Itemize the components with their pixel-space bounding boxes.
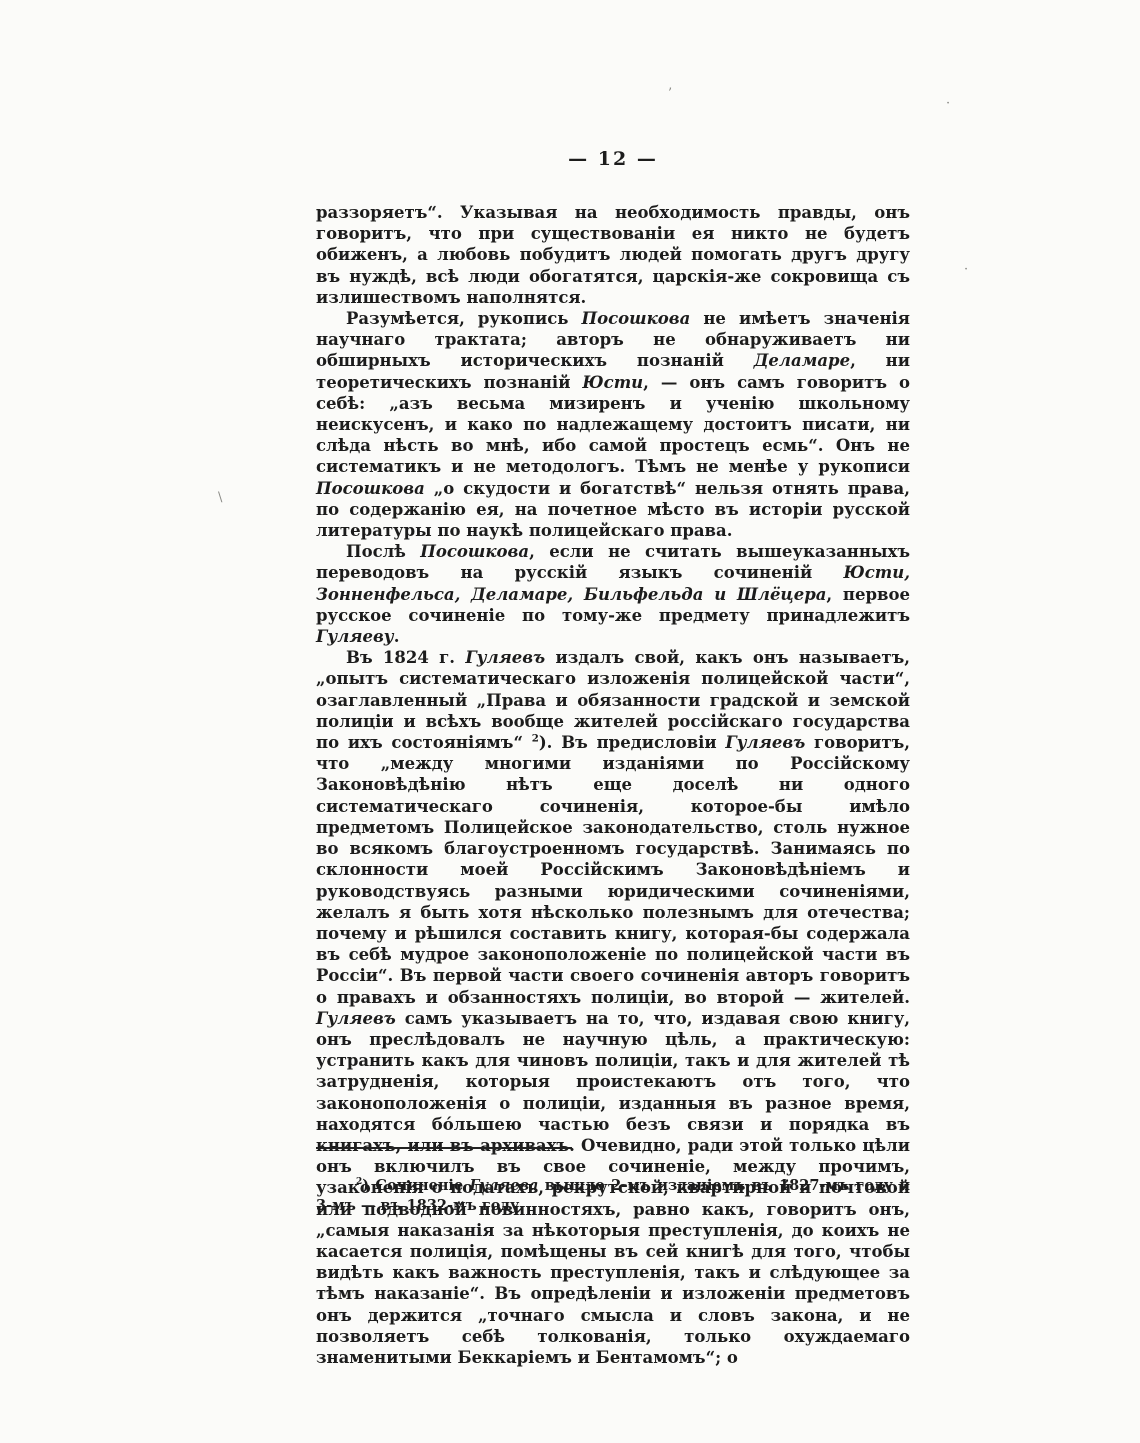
scan-speck: ’ — [668, 86, 672, 101]
scan-speck: · — [416, 1312, 420, 1327]
paragraph: Въ 1824 г. Гуляевъ издалъ свой, какъ онъ… — [316, 647, 910, 1368]
paragraph: Разумѣется, рукопись Посошкова не имѣетъ… — [316, 308, 910, 541]
footnote: 2) Сочиненіе Гуляева вышло 2-мъ изданіем… — [316, 1176, 910, 1215]
book-page: — 12 — раззоряетъ“. Указывая на необходи… — [0, 0, 1140, 1443]
scan-speck: \ — [218, 490, 222, 505]
scan-speck: · — [946, 96, 950, 111]
page-number: — 12 — — [316, 148, 910, 170]
paragraph: Послѣ Посошкова, если не считать вышеука… — [316, 541, 910, 647]
scan-speck: · — [964, 262, 968, 277]
paragraph: раззоряетъ“. Указывая на необходимость п… — [316, 202, 910, 308]
footnote-separator — [316, 1147, 572, 1149]
